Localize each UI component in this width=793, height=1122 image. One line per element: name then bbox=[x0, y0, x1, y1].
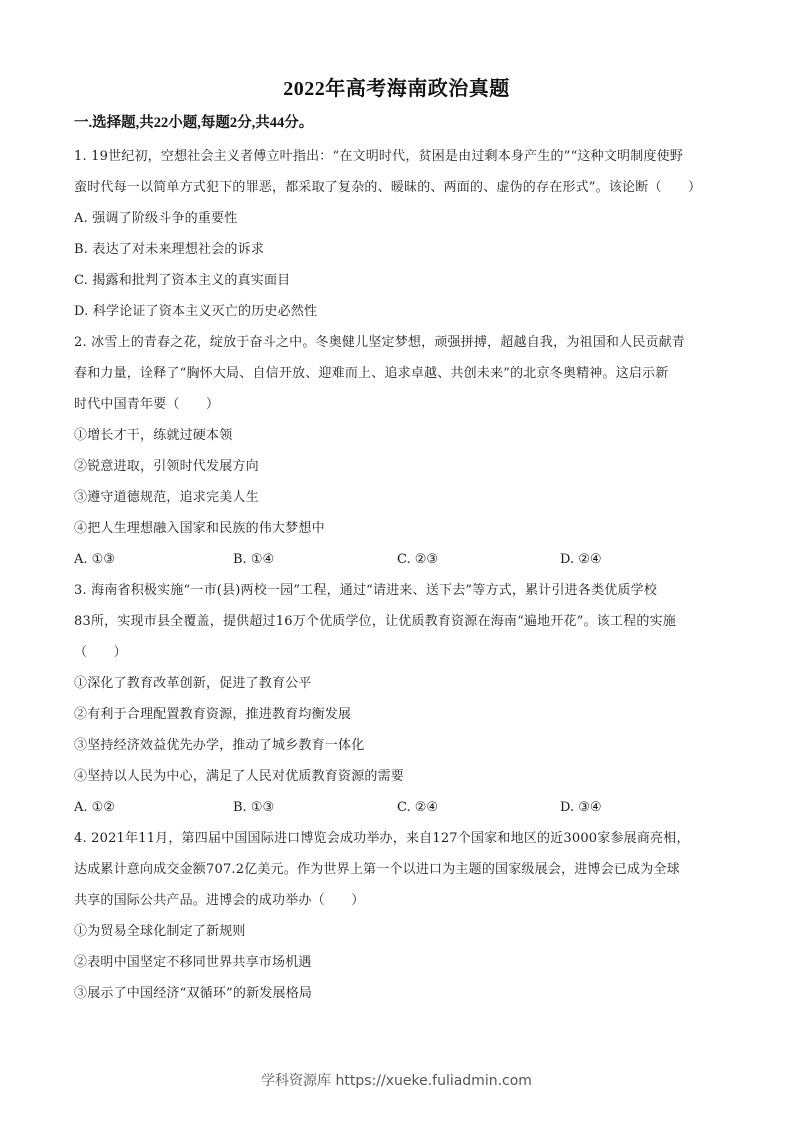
question-stem-line: 1. 19世纪初，空想社会主义者傅立叶指出：“在文明时代，贫困是由过剩本身产生的… bbox=[74, 148, 724, 166]
statement-4: ④把人生理想融入国家和民族的伟大梦想中 bbox=[74, 520, 724, 538]
footer-watermark: 学科资源库 https://xueke.fuliadmin.com bbox=[0, 1070, 793, 1090]
question-stem-line: 83所，实现市县全覆盖，提供超过16万个优质学位，让优质教育资源在海南“遍地开花… bbox=[74, 613, 724, 631]
statement-2: ②锐意进取，引领时代发展方向 bbox=[74, 458, 724, 476]
choice-b: B. ①③ bbox=[233, 799, 274, 817]
option-b: B. 表达了对未来理想社会的诉求 bbox=[74, 241, 724, 259]
choice-a: A. ①③ bbox=[74, 551, 115, 569]
statement-1: ①深化了教育改革创新，促进了教育公平 bbox=[74, 675, 724, 693]
statement-3: ③展示了中国经济“双循环”的新发展格局 bbox=[74, 985, 724, 1003]
choice-c: C. ②③ bbox=[397, 551, 438, 569]
statement-1: ①为贸易全球化制定了新规则 bbox=[74, 923, 724, 941]
question-stem-line: 蛮时代每一以简单方式犯下的罪恶，都采取了复杂的、暧昧的、两面的、虚伪的存在形式”… bbox=[74, 179, 724, 197]
question-stem-line: 春和力量，诠释了“胸怀大局、自信开放、迎难而上、追求卓越、共创未来”的北京冬奥精… bbox=[74, 365, 724, 383]
statement-3: ③遵守道德规范，追求完美人生 bbox=[74, 489, 724, 507]
page-title: 2022年高考海南政治真题 bbox=[0, 72, 793, 101]
section-heading: 一.选择题,共22小题,每题2分,共44分。 bbox=[74, 111, 313, 132]
question-stem-line: 4. 2021年11月，第四届中国国际进口博览会成功举办，来自127个国家和地区… bbox=[74, 830, 724, 848]
choice-d: D. ③④ bbox=[560, 799, 602, 817]
choice-c: C. ②④ bbox=[397, 799, 438, 817]
option-a: A. 强调了阶级斗争的重要性 bbox=[74, 210, 724, 228]
question-stem-line: 时代中国青年要（ ） bbox=[74, 396, 724, 414]
option-c: C. 揭露和批判了资本主义的真实面目 bbox=[74, 272, 724, 290]
question-stem-line: 3. 海南省积极实施“一市(县)两校一园”工程，通过“请进来、送下去”等方式，累… bbox=[74, 582, 724, 600]
statement-1: ①增长才干，练就过硬本领 bbox=[74, 427, 724, 445]
exam-page: 2022年高考海南政治真题 一.选择题,共22小题,每题2分,共44分。 1. … bbox=[0, 0, 793, 1122]
choice-a: A. ①② bbox=[74, 799, 115, 817]
question-stem-line: 达成累计意向成交金额707.2亿美元。作为世界上第一个以进口为主题的国家级展会，… bbox=[74, 861, 724, 879]
question-stem-line: （ ） bbox=[74, 644, 724, 662]
choice-d: D. ②④ bbox=[560, 551, 602, 569]
question-stem-line: 共享的国际公共产品。进博会的成功举办（ ） bbox=[74, 892, 724, 910]
statement-2: ②有利于合理配置教育资源，推进教育均衡发展 bbox=[74, 706, 724, 724]
option-d: D. 科学论证了资本主义灭亡的历史必然性 bbox=[74, 303, 724, 321]
statement-2: ②表明中国坚定不移同世界共享市场机遇 bbox=[74, 954, 724, 972]
choice-b: B. ①④ bbox=[233, 551, 274, 569]
statement-4: ④坚持以人民为中心，满足了人民对优质教育资源的需要 bbox=[74, 768, 724, 786]
statement-3: ③坚持经济效益优先办学，推动了城乡教育一体化 bbox=[74, 737, 724, 755]
question-stem-line: 2. 冰雪上的青春之花，绽放于奋斗之中。冬奥健儿坚定梦想，顽强拼搏，超越自我，为… bbox=[74, 334, 724, 352]
